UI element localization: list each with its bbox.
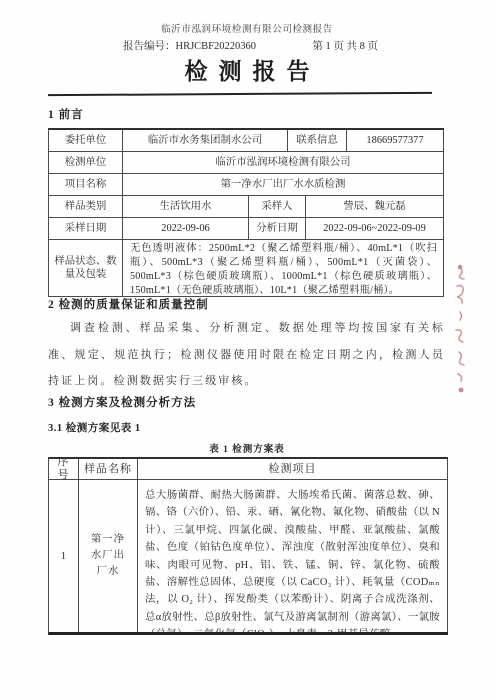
row-sample-name: 第一净水厂出厂水 (79, 480, 138, 632)
row-test-items: 总大肠菌群、耐热大肠菌群、大肠埃希氏菌、菌落总数、砷、镉、铬（六价）、铅、汞、硒… (138, 480, 448, 632)
table-row: 样品状态、数量及包装 无色透明液体：2500mL*2（聚乙烯塑料瓶/桶）、40m… (49, 240, 444, 297)
sampler-label: 采样人 (249, 196, 306, 217)
page-indicator: 第 1 页 共 8 页 (312, 38, 378, 53)
intro-table: 委托单位 临沂市水务集团制水公司 联系信息 18669577377 检测单位 临… (48, 128, 444, 297)
agency-label: 检测单位 (49, 152, 123, 173)
agency-value: 临沂市泓润环境检测有限公司 (123, 152, 444, 173)
contact-value: 18669577377 (347, 130, 444, 151)
plan-table-header-row: 序号 样品名称 检测项目 (49, 459, 448, 480)
entrust-value: 临沂市水务集团制水公司 (123, 130, 288, 151)
table-row: 样品类别 生活饮用水 采样人 訾辰、魏元磊 (49, 196, 444, 218)
table-row: 委托单位 临沂市水务集团制水公司 联系信息 18669577377 (49, 130, 444, 152)
section3-heading: 3 检测方案及检测分析方法 (48, 394, 196, 410)
header-meta-row: 报告编号：HRJCBF20220360 第 1 页 共 8 页 (123, 38, 378, 53)
report-number-label: 报告编号： (123, 41, 176, 52)
project-label: 项目名称 (49, 174, 123, 195)
analysis-date-label: 分析日期 (249, 218, 306, 239)
red-pen-marks-icon (447, 264, 475, 396)
sample-state-value: 无色透明液体：2500mL*2（聚乙烯塑料瓶/桶）、40mL*1（吹扫瓶）、50… (123, 240, 444, 296)
title-divider (48, 92, 432, 96)
category-label: 样品类别 (49, 196, 123, 217)
section2-heading: 2 检测的质量保证和质量控制 (48, 296, 209, 312)
entrust-label: 委托单位 (49, 130, 123, 151)
report-number: 报告编号：HRJCBF20220360 (123, 38, 256, 53)
section3-subheading: 3.1 检测方案见表 1 (48, 420, 141, 435)
contact-label: 联系信息 (288, 130, 347, 151)
table-row: 项目名称 第一净水厂出厂水水质检测 (49, 174, 444, 196)
analysis-date-value: 2022-09-06~2022-09-09 (306, 218, 444, 239)
section1-heading: 1 前言 (48, 106, 84, 122)
table-row: 采样日期 2022-09-06 分析日期 2022-09-06~2022-09-… (49, 218, 444, 240)
sampler-value: 訾辰、魏元磊 (306, 196, 444, 217)
report-number-value: HRJCBF20220360 (176, 41, 257, 52)
qa-paragraph: 调查检测、样品采集、分析测定、数据处理等均按国家有关标准、规定、规范执行；检测仪… (48, 315, 445, 395)
sampling-date-label: 采样日期 (49, 218, 123, 239)
column-header-sample: 样品名称 (79, 459, 138, 479)
category-value: 生活饮用水 (123, 196, 249, 217)
report-title: 检测报告 (0, 53, 494, 86)
plan-table: 序号 样品名称 检测项目 1 第一净水厂出厂水 总大肠菌群、耐热大肠菌群、大肠埃… (48, 457, 448, 635)
sampling-date-value: 2022-09-06 (123, 218, 249, 239)
column-header-no: 序号 (49, 459, 79, 479)
project-value: 第一净水厂出厂水水质检测 (123, 174, 444, 195)
sample-state-label: 样品状态、数量及包装 (49, 240, 123, 296)
header-company-line: 临沂市泓润环境检测有限公司检测报告 (0, 21, 494, 35)
row-no: 1 (49, 480, 79, 632)
column-header-items: 检测项目 (138, 459, 448, 479)
table-row: 检测单位 临沂市泓润环境检测有限公司 (49, 152, 444, 174)
report-page: 临沂市泓润环境检测有限公司检测报告 报告编号：HRJCBF20220360 第 … (0, 0, 494, 700)
plan-table-caption: 表 1 检测方案表 (0, 441, 494, 455)
plan-table-data-row: 1 第一净水厂出厂水 总大肠菌群、耐热大肠菌群、大肠埃希氏菌、菌落总数、砷、镉、… (49, 480, 448, 632)
